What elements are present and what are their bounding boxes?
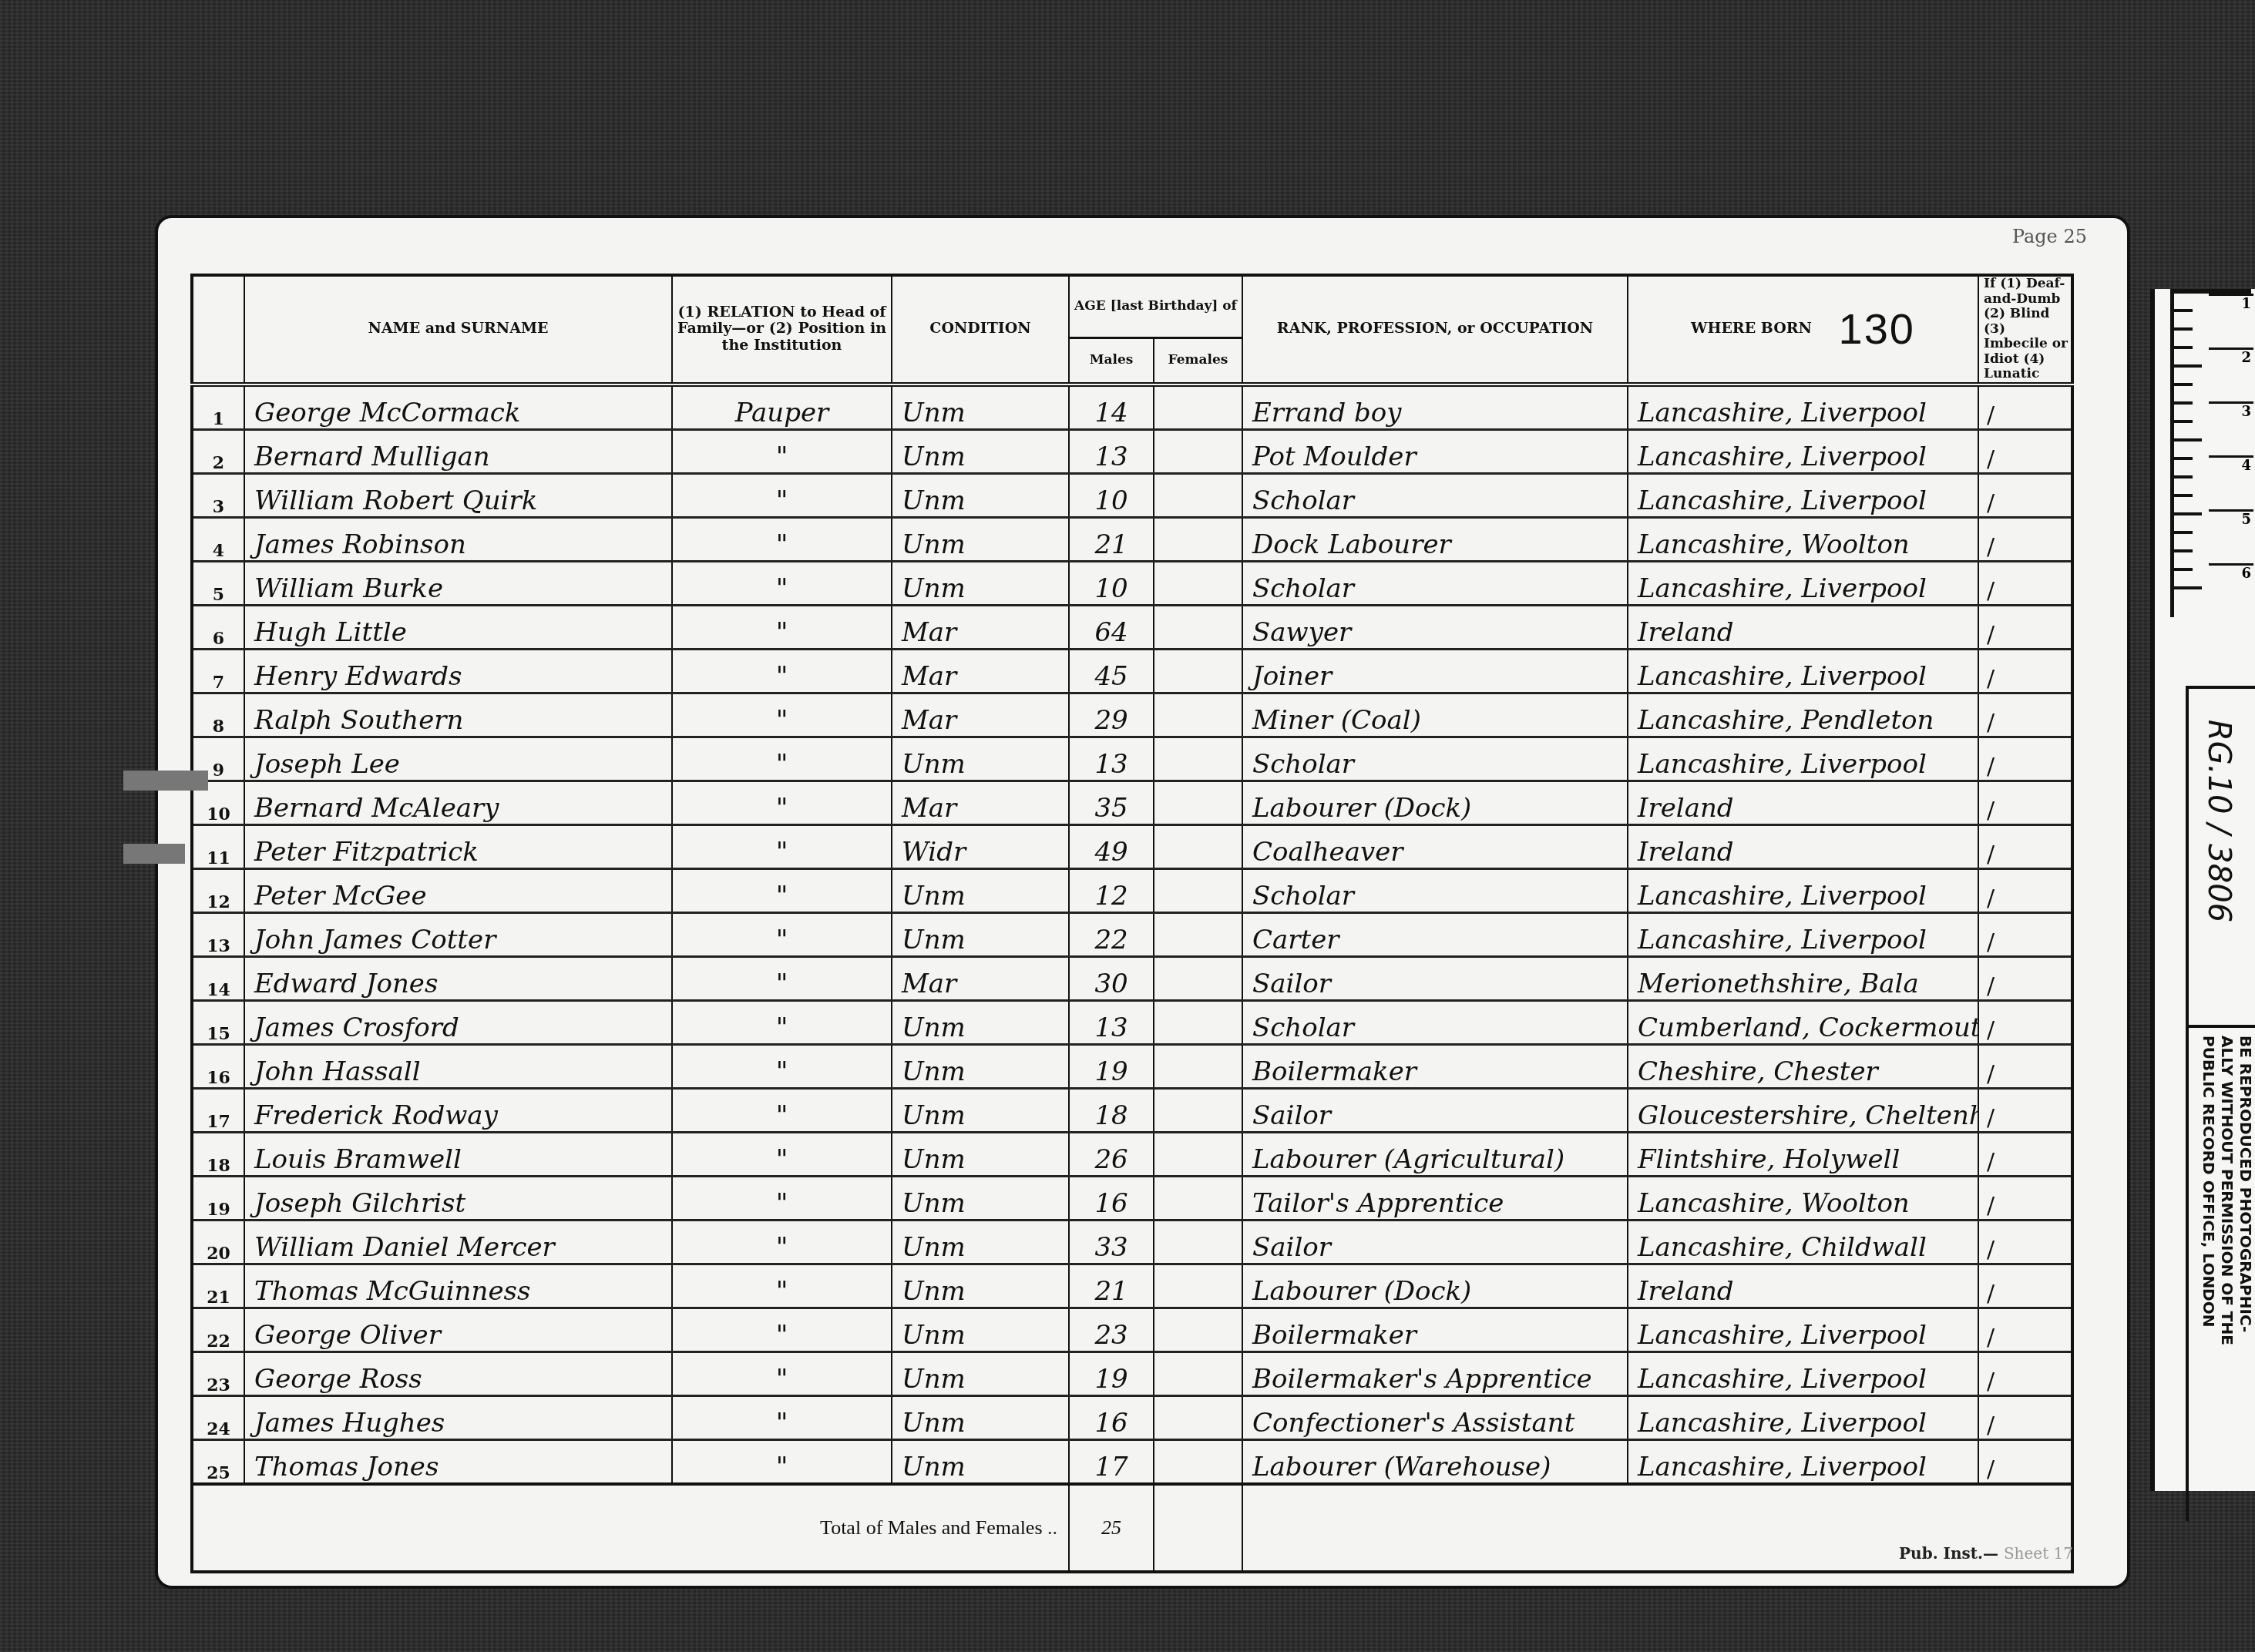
infirmity-mark: / [1978,1132,2072,1176]
census-page: Page 25 NAME and SURNAME (1) RELATION to… [158,218,2127,1586]
birthplace-cell: Ireland [1628,605,1978,649]
relation-cell: " [672,649,892,693]
female-age [1154,956,1242,1000]
row-number: 7 [192,649,244,693]
relation-cell: Pauper [672,384,892,430]
condition-cell: Mar [892,956,1069,1000]
male-age: 23 [1069,1308,1154,1351]
male-age: 19 [1069,1044,1154,1088]
total-males: 25 [1069,1484,1154,1572]
male-age: 17 [1069,1439,1154,1484]
copyright-line: BE REPRODUCED PHOTOGRAPHIC- [2237,1036,2255,1345]
where-born-label: WHERE BORN [1691,320,1812,337]
infirmity-mark: / [1978,912,2072,956]
census-row: 15James Crosford"Unm13ScholarCumberland,… [192,1000,2072,1044]
name-header: NAME and SURNAME [244,275,672,384]
infirmity-mark: / [1978,473,2072,517]
census-rows: 1George McCormackPauperUnm14Errand boyLa… [192,384,2072,1484]
birthplace-cell: Lancashire, Liverpool [1628,1351,1978,1395]
row-number: 8 [192,693,244,737]
birthplace-cell: Lancashire, Liverpool [1628,561,1978,605]
row-number: 1 [192,384,244,430]
occupation-cell: Carter [1242,912,1628,956]
publication-footer: Pub. Inst.— Sheet 17 [1899,1544,2073,1563]
infirmity-mark: / [1978,384,2072,430]
census-row: 4James Robinson"Unm21Dock LabourerLancas… [192,517,2072,561]
person-name: Peter McGee [244,868,672,912]
condition-cell: Unm [892,1044,1069,1088]
occupation-cell: Miner (Coal) [1242,693,1628,737]
birthplace-cell: Lancashire, Liverpool [1628,649,1978,693]
relation-cell: " [672,737,892,781]
birthplace-cell: Lancashire, Woolton [1628,1176,1978,1220]
female-age [1154,1176,1242,1220]
males-header: Males [1069,337,1154,384]
relation-cell: " [672,1308,892,1351]
relation-cell: " [672,561,892,605]
row-number: 23 [192,1351,244,1395]
birthplace-cell: Lancashire, Liverpool [1628,1439,1978,1484]
where-born-header: WHERE BORN 130 [1628,275,1978,384]
occupation-cell: Boilermaker [1242,1044,1628,1088]
infirmity-mark: / [1978,561,2072,605]
occupation-cell: Pot Moulder [1242,429,1628,473]
census-row: 18Louis Bramwell"Unm26Labourer (Agricult… [192,1132,2072,1176]
age-header: AGE [last Birthday] of [1069,275,1242,337]
relation-cell: " [672,693,892,737]
person-name: George Oliver [244,1308,672,1351]
relation-cell: " [672,1044,892,1088]
female-age [1154,605,1242,649]
relation-cell: " [672,473,892,517]
occupation-cell: Boilermaker's Apprentice [1242,1351,1628,1395]
census-row: 17Frederick Rodway"Unm18SailorGloucester… [192,1088,2072,1132]
male-age: 64 [1069,605,1154,649]
person-name: Joseph Gilchrist [244,1176,672,1220]
occupation-cell: Sailor [1242,1220,1628,1264]
occupation-cell: Scholar [1242,737,1628,781]
census-row: 12Peter McGee"Unm12ScholarLancashire, Li… [192,868,2072,912]
census-row: 6Hugh Little"Mar64SawyerIreland/ [192,605,2072,649]
occupation-cell: Scholar [1242,1000,1628,1044]
male-age: 22 [1069,912,1154,956]
relation-cell: " [672,1088,892,1132]
ruler-tick [2174,420,2193,423]
birthplace-cell: Lancashire, Childwall [1628,1220,1978,1264]
condition-cell: Unm [892,1351,1069,1395]
infirmity-mark: / [1978,737,2072,781]
census-row: 8Ralph Southern"Mar29Miner (Coal)Lancash… [192,693,2072,737]
male-age: 12 [1069,868,1154,912]
row-number: 16 [192,1044,244,1088]
occupation-cell: Labourer (Warehouse) [1242,1439,1628,1484]
person-name: Edward Jones [244,956,672,1000]
census-row: 20William Daniel Mercer"Unm33SailorLanca… [192,1220,2072,1264]
male-age: 16 [1069,1395,1154,1439]
person-name: George McCormack [244,384,672,430]
condition-cell: Unm [892,473,1069,517]
relation-cell: " [672,1264,892,1308]
ruler-tick [2174,494,2193,497]
scale-ruler: 123456 RG.10 / 3806 BE REPRODUCED PHOTOG… [2150,289,2255,1491]
infirmity-mark: / [1978,605,2072,649]
ruler-tick [2174,383,2193,386]
infirmity-mark: / [1978,1439,2072,1484]
birthplace-cell: Lancashire, Liverpool [1628,868,1978,912]
condition-cell: Unm [892,737,1069,781]
person-name: Bernard Mulligan [244,429,672,473]
sheet-label: Sheet 17 [2004,1544,2073,1563]
infirmity-mark: / [1978,1220,2072,1264]
infirmity-mark: / [1978,1264,2072,1308]
female-age [1154,737,1242,781]
row-number: 18 [192,1132,244,1176]
female-age [1154,781,1242,824]
page-number: Page 25 [2012,226,2087,247]
person-name: James Robinson [244,517,672,561]
census-row: 16John Hassall"Unm19BoilermakerCheshire,… [192,1044,2072,1088]
birthplace-cell: Ireland [1628,781,1978,824]
condition-header: CONDITION [892,275,1069,384]
condition-cell: Unm [892,1000,1069,1044]
occupation-cell: Sailor [1242,956,1628,1000]
condition-cell: Unm [892,561,1069,605]
occupation-header: RANK, PROFESSION, or OCCUPATION [1242,275,1628,384]
infirmity-mark: / [1978,1000,2072,1044]
ruler-tick [2174,438,2202,442]
row-number: 14 [192,956,244,1000]
birthplace-cell: Lancashire, Liverpool [1628,1395,1978,1439]
infirmity-mark: / [1978,1395,2072,1439]
row-number: 19 [192,1176,244,1220]
census-row: 3William Robert Quirk"Unm10ScholarLancas… [192,473,2072,517]
binding-tab [123,844,185,864]
row-number: 3 [192,473,244,517]
person-name: James Crosford [244,1000,672,1044]
row-number: 2 [192,429,244,473]
ruler-cm-mark: 5 [2209,509,2253,566]
female-age [1154,1395,1242,1439]
female-age [1154,868,1242,912]
infirmity-mark: / [1978,824,2072,868]
female-age [1154,1351,1242,1395]
row-number: 24 [192,1395,244,1439]
total-label: Total of Males and Females .. [192,1484,1069,1572]
person-name: Frederick Rodway [244,1088,672,1132]
female-age [1154,1308,1242,1351]
census-row: 21Thomas McGuinness"Unm21Labourer (Dock)… [192,1264,2072,1308]
copyright-line: PUBLIC RECORD OFFICE, LONDON [2200,1036,2218,1345]
person-name: Joseph Lee [244,737,672,781]
row-number: 22 [192,1308,244,1351]
census-row: 23George Ross"Unm19Boilermaker's Apprent… [192,1351,2072,1395]
condition-cell: Unm [892,1395,1069,1439]
birthplace-cell: Ireland [1628,824,1978,868]
female-age [1154,912,1242,956]
infirmity-mark: / [1978,1044,2072,1088]
birthplace-cell: Lancashire, Liverpool [1628,912,1978,956]
row-number: 6 [192,605,244,649]
condition-cell: Unm [892,1176,1069,1220]
male-age: 13 [1069,1000,1154,1044]
condition-cell: Unm [892,384,1069,430]
birthplace-cell: Lancashire, Liverpool [1628,473,1978,517]
birthplace-cell: Gloucestershire, Cheltenham [1628,1088,1978,1132]
male-age: 10 [1069,561,1154,605]
relation-cell: " [672,781,892,824]
pub-inst-label: Pub. Inst.— [1899,1544,1998,1563]
occupation-cell: Confectioner's Assistant [1242,1395,1628,1439]
census-row: 13John James Cotter"Unm22CarterLancashir… [192,912,2072,956]
census-row: 5William Burke"Unm10ScholarLancashire, L… [192,561,2072,605]
birthplace-cell: Lancashire, Woolton [1628,517,1978,561]
male-age: 14 [1069,384,1154,430]
ruler-tick [2174,309,2193,312]
birthplace-cell: Lancashire, Liverpool [1628,429,1978,473]
reference-label-box: RG.10 / 3806 [2186,686,2255,1028]
census-row: 2Bernard Mulligan"Unm13Pot MoulderLancas… [192,429,2072,473]
infirmity-mark: / [1978,1351,2072,1395]
ruler-tick [2174,327,2193,331]
relation-cell: " [672,956,892,1000]
occupation-cell: Scholar [1242,868,1628,912]
infirmity-mark: / [1978,693,2072,737]
relation-cell: " [672,1176,892,1220]
relation-cell: " [672,1132,892,1176]
ruler-tick [2174,364,2202,368]
occupation-cell: Labourer (Dock) [1242,781,1628,824]
male-age: 29 [1069,693,1154,737]
ruler-cm-mark: 3 [2209,401,2253,458]
relation-cell: " [672,912,892,956]
ruler-cm-mark: 6 [2209,563,2253,619]
person-name: William Daniel Mercer [244,1220,672,1264]
occupation-cell: Scholar [1242,473,1628,517]
occupation-cell: Labourer (Dock) [1242,1264,1628,1308]
occupation-cell: Scholar [1242,561,1628,605]
relation-cell: " [672,1439,892,1484]
person-name: James Hughes [244,1395,672,1439]
occupation-cell: Sawyer [1242,605,1628,649]
person-name: Peter Fitzpatrick [244,824,672,868]
condition-cell: Mar [892,605,1069,649]
person-name: Thomas Jones [244,1439,672,1484]
male-age: 18 [1069,1088,1154,1132]
ruler-tick [2174,346,2193,349]
condition-cell: Mar [892,693,1069,737]
census-row: 9Joseph Lee"Unm13ScholarLancashire, Live… [192,737,2072,781]
birthplace-cell: Cumberland, Cockermouth [1628,1000,1978,1044]
condition-cell: Mar [892,649,1069,693]
male-age: 49 [1069,824,1154,868]
condition-cell: Unm [892,517,1069,561]
census-row: 11Peter Fitzpatrick"Widr49CoalheaverIrel… [192,824,2072,868]
female-age [1154,1044,1242,1088]
ruler-tick [2174,531,2193,534]
male-age: 45 [1069,649,1154,693]
female-age [1154,824,1242,868]
occupation-cell: Sailor [1242,1088,1628,1132]
condition-cell: Unm [892,1132,1069,1176]
row-number: 21 [192,1264,244,1308]
male-age: 19 [1069,1351,1154,1395]
female-age [1154,693,1242,737]
relation-cell: " [672,517,892,561]
infirmity-mark: / [1978,517,2072,561]
person-name: William Burke [244,561,672,605]
relation-cell: " [672,1220,892,1264]
birthplace-cell: Merionethshire, Bala [1628,956,1978,1000]
ruler-tick [2174,586,2202,589]
relation-header: (1) RELATION to Head of Family—or (2) Po… [672,275,892,384]
birthplace-cell: Lancashire, Pendleton [1628,693,1978,737]
person-name: Thomas McGuinness [244,1264,672,1308]
census-schedule-table: NAME and SURNAME (1) RELATION to Head of… [190,274,2074,1573]
person-name: George Ross [244,1351,672,1395]
occupation-cell: Tailor's Apprentice [1242,1176,1628,1220]
row-number-header [192,275,244,384]
person-name: John James Cotter [244,912,672,956]
ruler-tick [2174,401,2193,405]
row-number: 13 [192,912,244,956]
occupation-cell: Boilermaker [1242,1308,1628,1351]
copyright-text: BE REPRODUCED PHOTOGRAPHIC-ALLY WITHOUT … [2200,1036,2255,1345]
condition-cell: Unm [892,1439,1069,1484]
condition-cell: Mar [892,781,1069,824]
census-row: 19Joseph Gilchrist"Unm16Tailor's Apprent… [192,1176,2072,1220]
infirmity-mark: / [1978,956,2072,1000]
person-name: Ralph Southern [244,693,672,737]
infirmity-mark: / [1978,781,2072,824]
condition-cell: Unm [892,1220,1069,1264]
male-age: 10 [1069,473,1154,517]
male-age: 30 [1069,956,1154,1000]
male-age: 33 [1069,1220,1154,1264]
occupation-cell: Coalheaver [1242,824,1628,868]
birthplace-cell: Ireland [1628,1264,1978,1308]
row-number: 20 [192,1220,244,1264]
male-age: 21 [1069,1264,1154,1308]
ruler-cm-mark: 4 [2209,455,2253,512]
relation-cell: " [672,1395,892,1439]
birthplace-cell: Lancashire, Liverpool [1628,1308,1978,1351]
condition-cell: Unm [892,1308,1069,1351]
male-age: 21 [1069,517,1154,561]
male-age: 26 [1069,1132,1154,1176]
infirmity-mark: / [1978,429,2072,473]
female-age [1154,1088,1242,1132]
copyright-notice: BE REPRODUCED PHOTOGRAPHIC-ALLY WITHOUT … [2186,1025,2255,1521]
occupation-cell: Dock Labourer [1242,517,1628,561]
ruler-cm-mark: 2 [2209,348,2253,404]
birthplace-cell: Lancashire, Liverpool [1628,384,1978,430]
relation-cell: " [672,605,892,649]
relation-cell: " [672,824,892,868]
infirmity-mark: / [1978,649,2072,693]
row-number: 4 [192,517,244,561]
condition-cell: Unm [892,1088,1069,1132]
census-row: 25Thomas Jones"Unm17Labourer (Warehouse)… [192,1439,2072,1484]
female-age [1154,384,1242,430]
female-age [1154,1220,1242,1264]
person-name: Bernard McAleary [244,781,672,824]
female-age [1154,1132,1242,1176]
ruler-tick [2174,512,2202,515]
birthplace-cell: Lancashire, Liverpool [1628,737,1978,781]
relation-cell: " [672,1351,892,1395]
ruler-scale: 123456 [2170,289,2251,617]
row-number: 5 [192,561,244,605]
row-number: 15 [192,1000,244,1044]
condition-cell: Unm [892,912,1069,956]
condition-cell: Unm [892,429,1069,473]
female-age [1154,1439,1242,1484]
female-age [1154,517,1242,561]
condition-cell: Unm [892,868,1069,912]
census-row: 10Bernard McAleary"Mar35Labourer (Dock)I… [192,781,2072,824]
person-name: Henry Edwards [244,649,672,693]
infirmity-mark: / [1978,868,2072,912]
female-age [1154,1000,1242,1044]
infirmity-header: If (1) Deaf-and-Dumb (2) Blind (3) Imbec… [1978,275,2072,384]
infirmity-mark: / [1978,1176,2072,1220]
person-name: Louis Bramwell [244,1132,672,1176]
females-header: Females [1154,337,1242,384]
male-age: 16 [1069,1176,1154,1220]
person-name: William Robert Quirk [244,473,672,517]
relation-cell: " [672,1000,892,1044]
row-number: 12 [192,868,244,912]
ruler-tick [2174,549,2193,552]
birthplace-cell: Flintshire, Holywell [1628,1132,1978,1176]
census-row: 14Edward Jones"Mar30SailorMerionethshire… [192,956,2072,1000]
sheet-stamp-number: 130 [1839,304,1915,353]
birthplace-cell: Cheshire, Chester [1628,1044,1978,1088]
female-age [1154,473,1242,517]
occupation-cell: Joiner [1242,649,1628,693]
total-females [1154,1484,1242,1572]
infirmity-mark: / [1978,1308,2072,1351]
row-number: 11 [192,824,244,868]
occupation-cell: Labourer (Agricultural) [1242,1132,1628,1176]
relation-cell: " [672,868,892,912]
ruler-tick [2174,475,2193,478]
condition-cell: Widr [892,824,1069,868]
occupation-cell: Errand boy [1242,384,1628,430]
male-age: 13 [1069,737,1154,781]
census-row: 1George McCormackPauperUnm14Errand boyLa… [192,384,2072,430]
infirmity-mark: / [1978,1088,2072,1132]
female-age [1154,561,1242,605]
ruler-tick [2174,457,2193,460]
female-age [1154,429,1242,473]
male-age: 35 [1069,781,1154,824]
person-name: Hugh Little [244,605,672,649]
census-row: 24James Hughes"Unm16Confectioner's Assis… [192,1395,2072,1439]
census-row: 22George Oliver"Unm23BoilermakerLancashi… [192,1308,2072,1351]
person-name: John Hassall [244,1044,672,1088]
census-row: 7Henry Edwards"Mar45JoinerLancashire, Li… [192,649,2072,693]
binding-tab [123,771,208,791]
copyright-line: ALLY WITHOUT PERMISSION OF THE [2218,1036,2237,1345]
ruler-tick [2174,568,2193,571]
female-age [1154,1264,1242,1308]
document-reference: RG.10 / 3806 [2201,720,2237,922]
condition-cell: Unm [892,1264,1069,1308]
row-number: 17 [192,1088,244,1132]
male-age: 13 [1069,429,1154,473]
relation-cell: " [672,429,892,473]
